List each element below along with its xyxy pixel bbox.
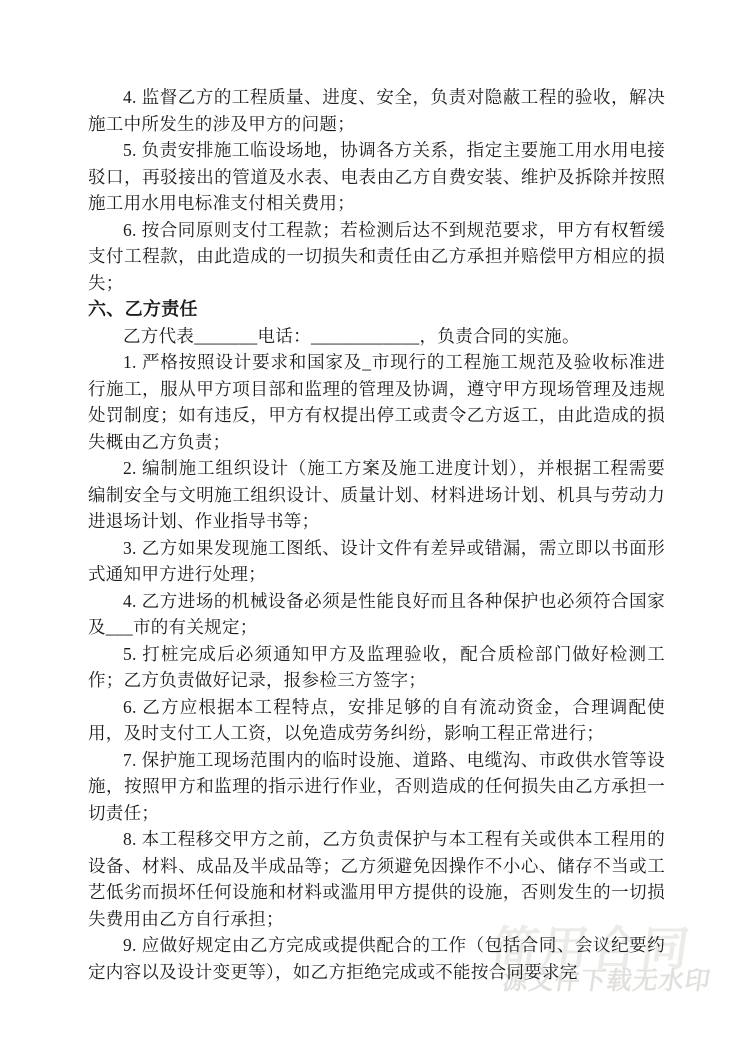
clause-party-b-9: 9. 应做好规定由乙方完成或提供配合的工作（包括合同、会议纪要约定内容以及设计变… [88, 932, 665, 985]
clause-party-a-4: 4. 监督乙方的工程质量、进度、安全，负责对隐蔽工程的验收，解决施工中所发生的涉… [88, 84, 665, 137]
clause-party-b-3: 3. 乙方如果发现施工图纸、设计文件有差异或错漏，需立即以书面形式通知甲方进行处… [88, 535, 665, 588]
clause-party-b-7: 7. 保护施工现场范围内的临时设施、道路、电缆沟、市政供水管等设施，按照甲方和监… [88, 747, 665, 827]
contract-document-page: 简用合同 源文件下载无水印 4. 监督乙方的工程质量、进度、安全，负责对隐蔽工程… [0, 0, 742, 1049]
contract-body-text: 4. 监督乙方的工程质量、进度、安全，负责对隐蔽工程的验收，解决施工中所发生的涉… [88, 84, 665, 985]
clause-party-a-6: 6. 按合同原则支付工程款；若检测后达不到规范要求，甲方有权暂缓支付工程款，由此… [88, 217, 665, 297]
clause-party-b-6: 6. 乙方应根据本工程特点，安排足够的自有流动资金，合理调配使用，及时支付工人工… [88, 694, 665, 747]
clause-party-b-5: 5. 打桩完成后必须通知甲方及监理验收，配合质检部门做好检测工作；乙方负责做好记… [88, 641, 665, 694]
clause-party-b-2: 2. 编制施工组织设计（施工方案及施工进度计划），并根据工程需要编制安全与文明施… [88, 455, 665, 535]
clause-party-a-5: 5. 负责安排施工临设场地，协调各方关系，指定主要施工用水用电接驳口，再驳接出的… [88, 137, 665, 217]
clause-party-b-8: 8. 本工程移交甲方之前，乙方负责保护与本工程有关或供本工程用的设备、材料、成品… [88, 826, 665, 932]
party-b-representative-line: 乙方代表_______电话：____________，负责合同的实施。 [88, 323, 665, 350]
section-heading-party-b-responsibilities: 六、乙方责任 [88, 296, 665, 323]
clause-party-b-1: 1. 严格按照设计要求和国家及_市现行的工程施工规范及验收标准进行施工，服从甲方… [88, 349, 665, 455]
clause-party-b-4: 4. 乙方进场的机械设备必须是性能良好而且各种保护也必须符合国家及___市的有关… [88, 588, 665, 641]
